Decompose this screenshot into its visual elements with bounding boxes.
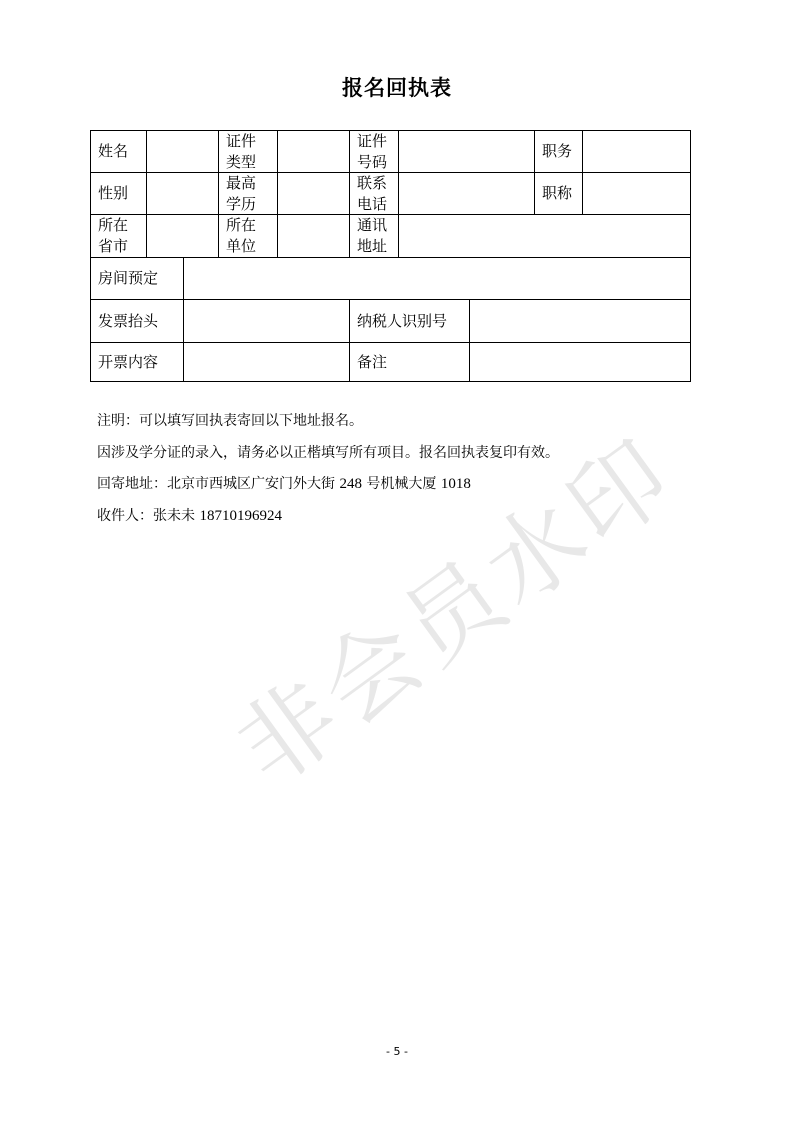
education-label: 最高 学历 [219,173,277,214]
note-mailing-address: 回寄地址：北京市西城区广安门外大街 248 号机械大厦 1018 [97,469,559,501]
title-field[interactable] [583,173,690,214]
invoice-content-field[interactable] [184,343,349,381]
name-label: 姓名 [91,131,146,172]
invoice-title-field[interactable] [184,300,349,342]
label-line: 学历 [226,194,256,215]
label-line: 最高 [226,173,256,194]
invoice-title-label: 发票抬头 [91,300,183,342]
tax-id-label: 纳税人识别号 [350,300,469,342]
recipient-text: 收件人：张未未 [97,508,199,524]
table-border-bottom [90,381,691,382]
recipient-phone: 18710196924 [199,508,282,524]
label-line: 电话 [357,194,387,215]
label-line: 省市 [98,236,128,257]
phone-field[interactable] [399,173,534,214]
education-field[interactable] [278,173,349,214]
label-line: 所在 [98,215,128,236]
label-line: 证件 [226,131,256,152]
table-border-right [690,130,691,382]
gender-label: 性别 [91,173,146,214]
notes-section: 注明：可以填写回执表寄回以下地址报名。 因涉及学分证的录入，请务必以正楷填写所有… [97,406,559,532]
position-label: 职务 [535,131,582,172]
label-line: 号码 [357,152,387,173]
page-title: 报名回执表 [0,72,794,102]
organization-label: 所在 单位 [219,215,277,257]
label-line: 单位 [226,236,256,257]
position-field[interactable] [583,131,690,172]
note-instruction: 注明：可以填写回执表寄回以下地址报名。 [97,406,559,438]
title-label: 职称 [535,173,582,214]
gender-field[interactable] [147,173,218,214]
room-reservation-label: 房间预定 [91,258,183,299]
building-text: 号机械大厦 [362,476,441,492]
label-line: 联系 [357,173,387,194]
label-line: 类型 [226,152,256,173]
label-line: 证件 [357,131,387,152]
street-number: 248 [339,476,362,492]
note-recipient: 收件人：张未未 18710196924 [97,501,559,533]
room-number: 1018 [441,476,471,492]
organization-field[interactable] [278,215,349,257]
name-field[interactable] [147,131,218,172]
province-label: 所在 省市 [91,215,146,257]
address-text: 回寄地址：北京市西城区广安门外大街 [97,476,339,492]
room-reservation-field[interactable] [184,258,690,299]
label-line: 地址 [357,236,387,257]
remarks-label: 备注 [350,343,469,381]
phone-label: 联系 电话 [350,173,398,214]
invoice-content-label: 开票内容 [91,343,183,381]
id-number-label: 证件 号码 [350,131,398,172]
remarks-field[interactable] [470,343,690,381]
tax-id-field[interactable] [470,300,690,342]
id-number-field[interactable] [399,131,534,172]
label-line: 通讯 [357,215,387,236]
province-field[interactable] [147,215,218,257]
address-field[interactable] [399,215,690,257]
note-requirement: 因涉及学分证的录入，请务必以正楷填写所有项目。报名回执表复印有效。 [97,438,559,470]
id-type-field[interactable] [278,131,349,172]
label-line: 所在 [226,215,256,236]
page-number: - 5 - [0,1045,794,1058]
id-type-label: 证件 类型 [219,131,277,172]
address-label: 通讯 地址 [350,215,398,257]
